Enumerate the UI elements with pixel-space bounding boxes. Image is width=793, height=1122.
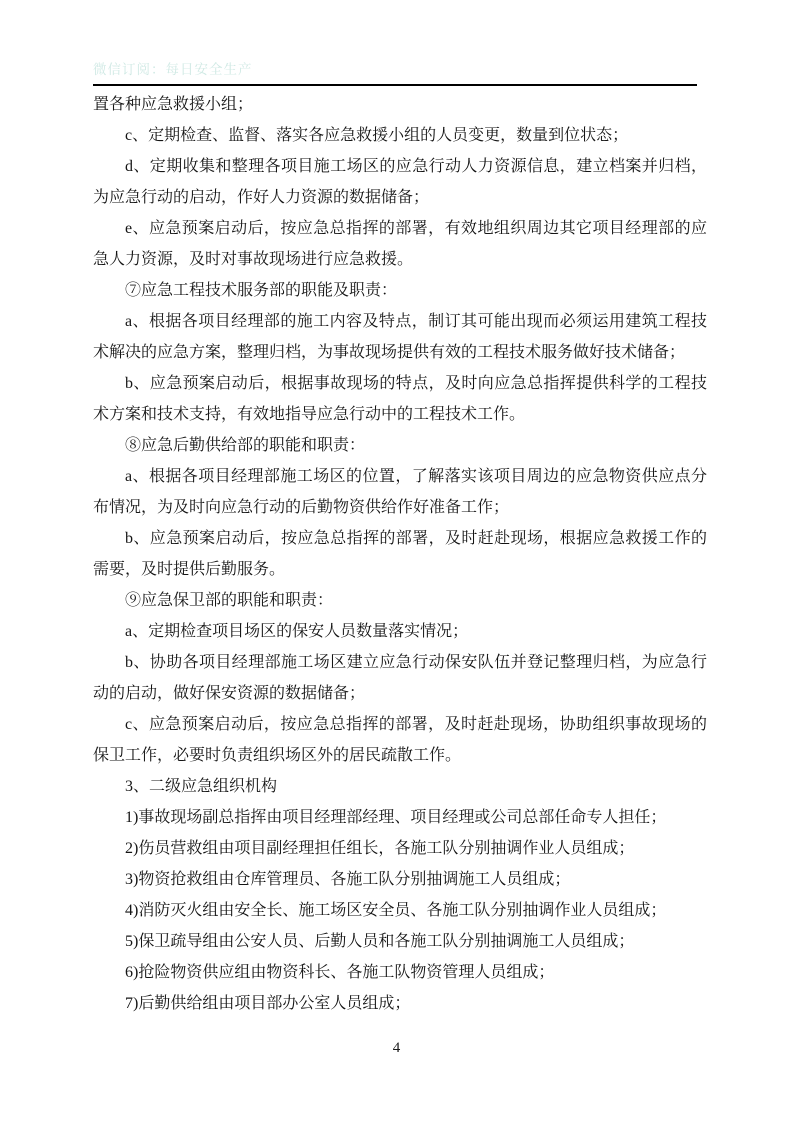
paragraph: 6)抢险物资供应组由物资科长、各施工队物资管理人员组成；	[93, 957, 707, 988]
page-footer: 4	[0, 1039, 793, 1057]
paragraph: b、协助各项目经理部施工场区建立应急行动保安队伍并登记整理归档，为应急行动的启动…	[93, 647, 707, 709]
paragraph: b、应急预案启动后，根据事故现场的特点，及时向应急总指挥提供科学的工程技术方案和…	[93, 368, 707, 430]
paragraph: c、定期检查、监督、落实各应急救援小组的人员变更，数量到位状态；	[93, 120, 707, 151]
paragraph: a、根据各项目经理部施工场区的位置，了解落实该项目周边的应急物资供应点分布情况，…	[93, 461, 707, 523]
header-rule	[93, 84, 697, 86]
paragraph: ⑦应急工程技术服务部的职能及职责：	[93, 275, 707, 306]
page-header: 微信订阅：每日安全生产	[93, 58, 697, 78]
paragraph: 2)伤员营救组由项目副经理担任组长，各施工队分别抽调作业人员组成；	[93, 833, 707, 864]
paragraph: 1)事故现场副总指挥由项目经理部经理、项目经理或公司总部任命专人担任；	[93, 802, 707, 833]
paragraph: c、应急预案启动后，按应急总指挥的部署，及时赶赴现场，协助组织事故现场的保卫工作…	[93, 709, 707, 771]
paragraph: d、定期收集和整理各项目施工场区的应急行动人力资源信息，建立档案并归档，为应急行…	[93, 151, 707, 213]
document-body: 置各种应急救援小组；c、定期检查、监督、落实各应急救援小组的人员变更，数量到位状…	[93, 89, 707, 1019]
paragraph: a、定期检查项目场区的保安人员数量落实情况；	[93, 616, 707, 647]
paragraph: 4)消防灭火组由安全长、施工场区安全员、各施工队分别抽调作业人员组成；	[93, 895, 707, 926]
paragraph: e、应急预案启动后，按应急总指挥的部署，有效地组织周边其它项目经理部的应急人力资…	[93, 213, 707, 275]
paragraph: ⑨应急保卫部的职能和职责：	[93, 585, 707, 616]
page-number: 4	[393, 1040, 401, 1056]
document-page: 微信订阅：每日安全生产 置各种应急救援小组；c、定期检查、监督、落实各应急救援小…	[0, 0, 793, 1122]
paragraph: 7)后勤供给组由项目部办公室人员组成；	[93, 988, 707, 1019]
paragraph: ⑧应急后勤供给部的职能和职责：	[93, 430, 707, 461]
wechat-subscription-watermark: 微信订阅：每日安全生产	[93, 62, 253, 77]
paragraph: 置各种应急救援小组；	[93, 89, 707, 120]
paragraph: 3、二级应急组织机构	[93, 771, 707, 802]
paragraph: a、根据各项目经理部的施工内容及特点，制订其可能出现而必须运用建筑工程技术解决的…	[93, 306, 707, 368]
paragraph: 3)物资抢救组由仓库管理员、各施工队分别抽调施工人员组成；	[93, 864, 707, 895]
paragraph: b、应急预案启动后，按应急总指挥的部署，及时赶赴现场，根据应急救援工作的需要，及…	[93, 523, 707, 585]
paragraph: 5)保卫疏导组由公安人员、后勤人员和各施工队分别抽调施工人员组成；	[93, 926, 707, 957]
